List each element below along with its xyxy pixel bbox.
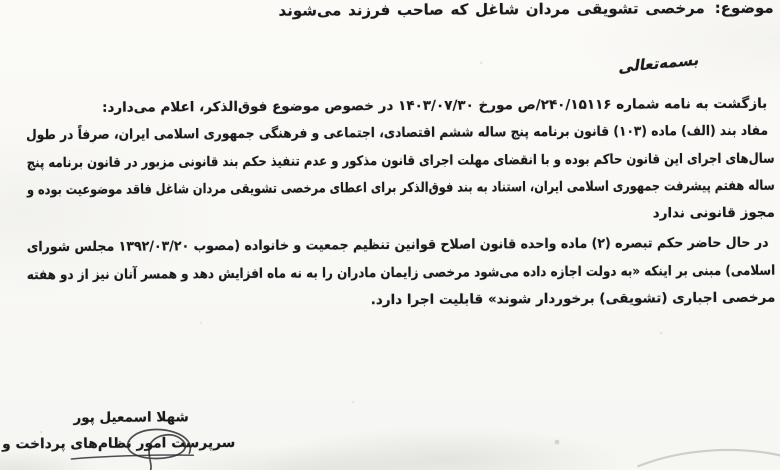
subject-label: موضوع:	[715, 0, 774, 17]
body-line: مرخصی اجباری (تشویقی) برخوردار شوند» قاب…	[27, 285, 775, 317]
signer-name: شهلا اسمعیل پور	[51, 404, 211, 431]
signature-block: شهلا اسمعیل پور سرپرست امور نظام‌های پرد…	[27, 404, 235, 457]
scanned-letter: موضوع: مرخصی تشویقی مردان شاغل که صاحب ف…	[0, 0, 780, 470]
body-line: در حال حاضر حکم تبصره (۲) ماده واحده قان…	[78, 230, 775, 262]
subject-line: موضوع: مرخصی تشویقی مردان شاغل که صاحب ف…	[278, 0, 773, 20]
besmellah-handwritten: بسمه‌تعالی	[618, 50, 701, 76]
body-line: اسلامی) مبنی بر اینکه «به دولت اجازه داد…	[114, 257, 776, 288]
body-line: مفاد بند (الف) ماده (۱۰۳) قانون برنامه پ…	[97, 118, 775, 149]
body-line: ساله هفتم پیشرفت جمهوری اسلامی ایران، اس…	[147, 173, 774, 204]
signer-role: سرپرست امور نظام‌های پرداخت و	[27, 430, 235, 457]
subject-text: مرخصی تشویقی مردان شاغل که صاحب فرزند می…	[278, 0, 704, 20]
letter-body: بازگشت به نامه شماره ۲۴۰/۱۵۱۱۶/ص مورخ ۱۴…	[26, 91, 775, 317]
scan-artifact-arc	[633, 442, 780, 469]
body-line: سال‌های اجرای این قانون حاکم بوده و با ا…	[128, 145, 774, 176]
body-line: مجوز قانونی ندارد	[27, 200, 775, 232]
letter-content: موضوع: مرخصی تشویقی مردان شاغل که صاحب ف…	[0, 0, 780, 470]
